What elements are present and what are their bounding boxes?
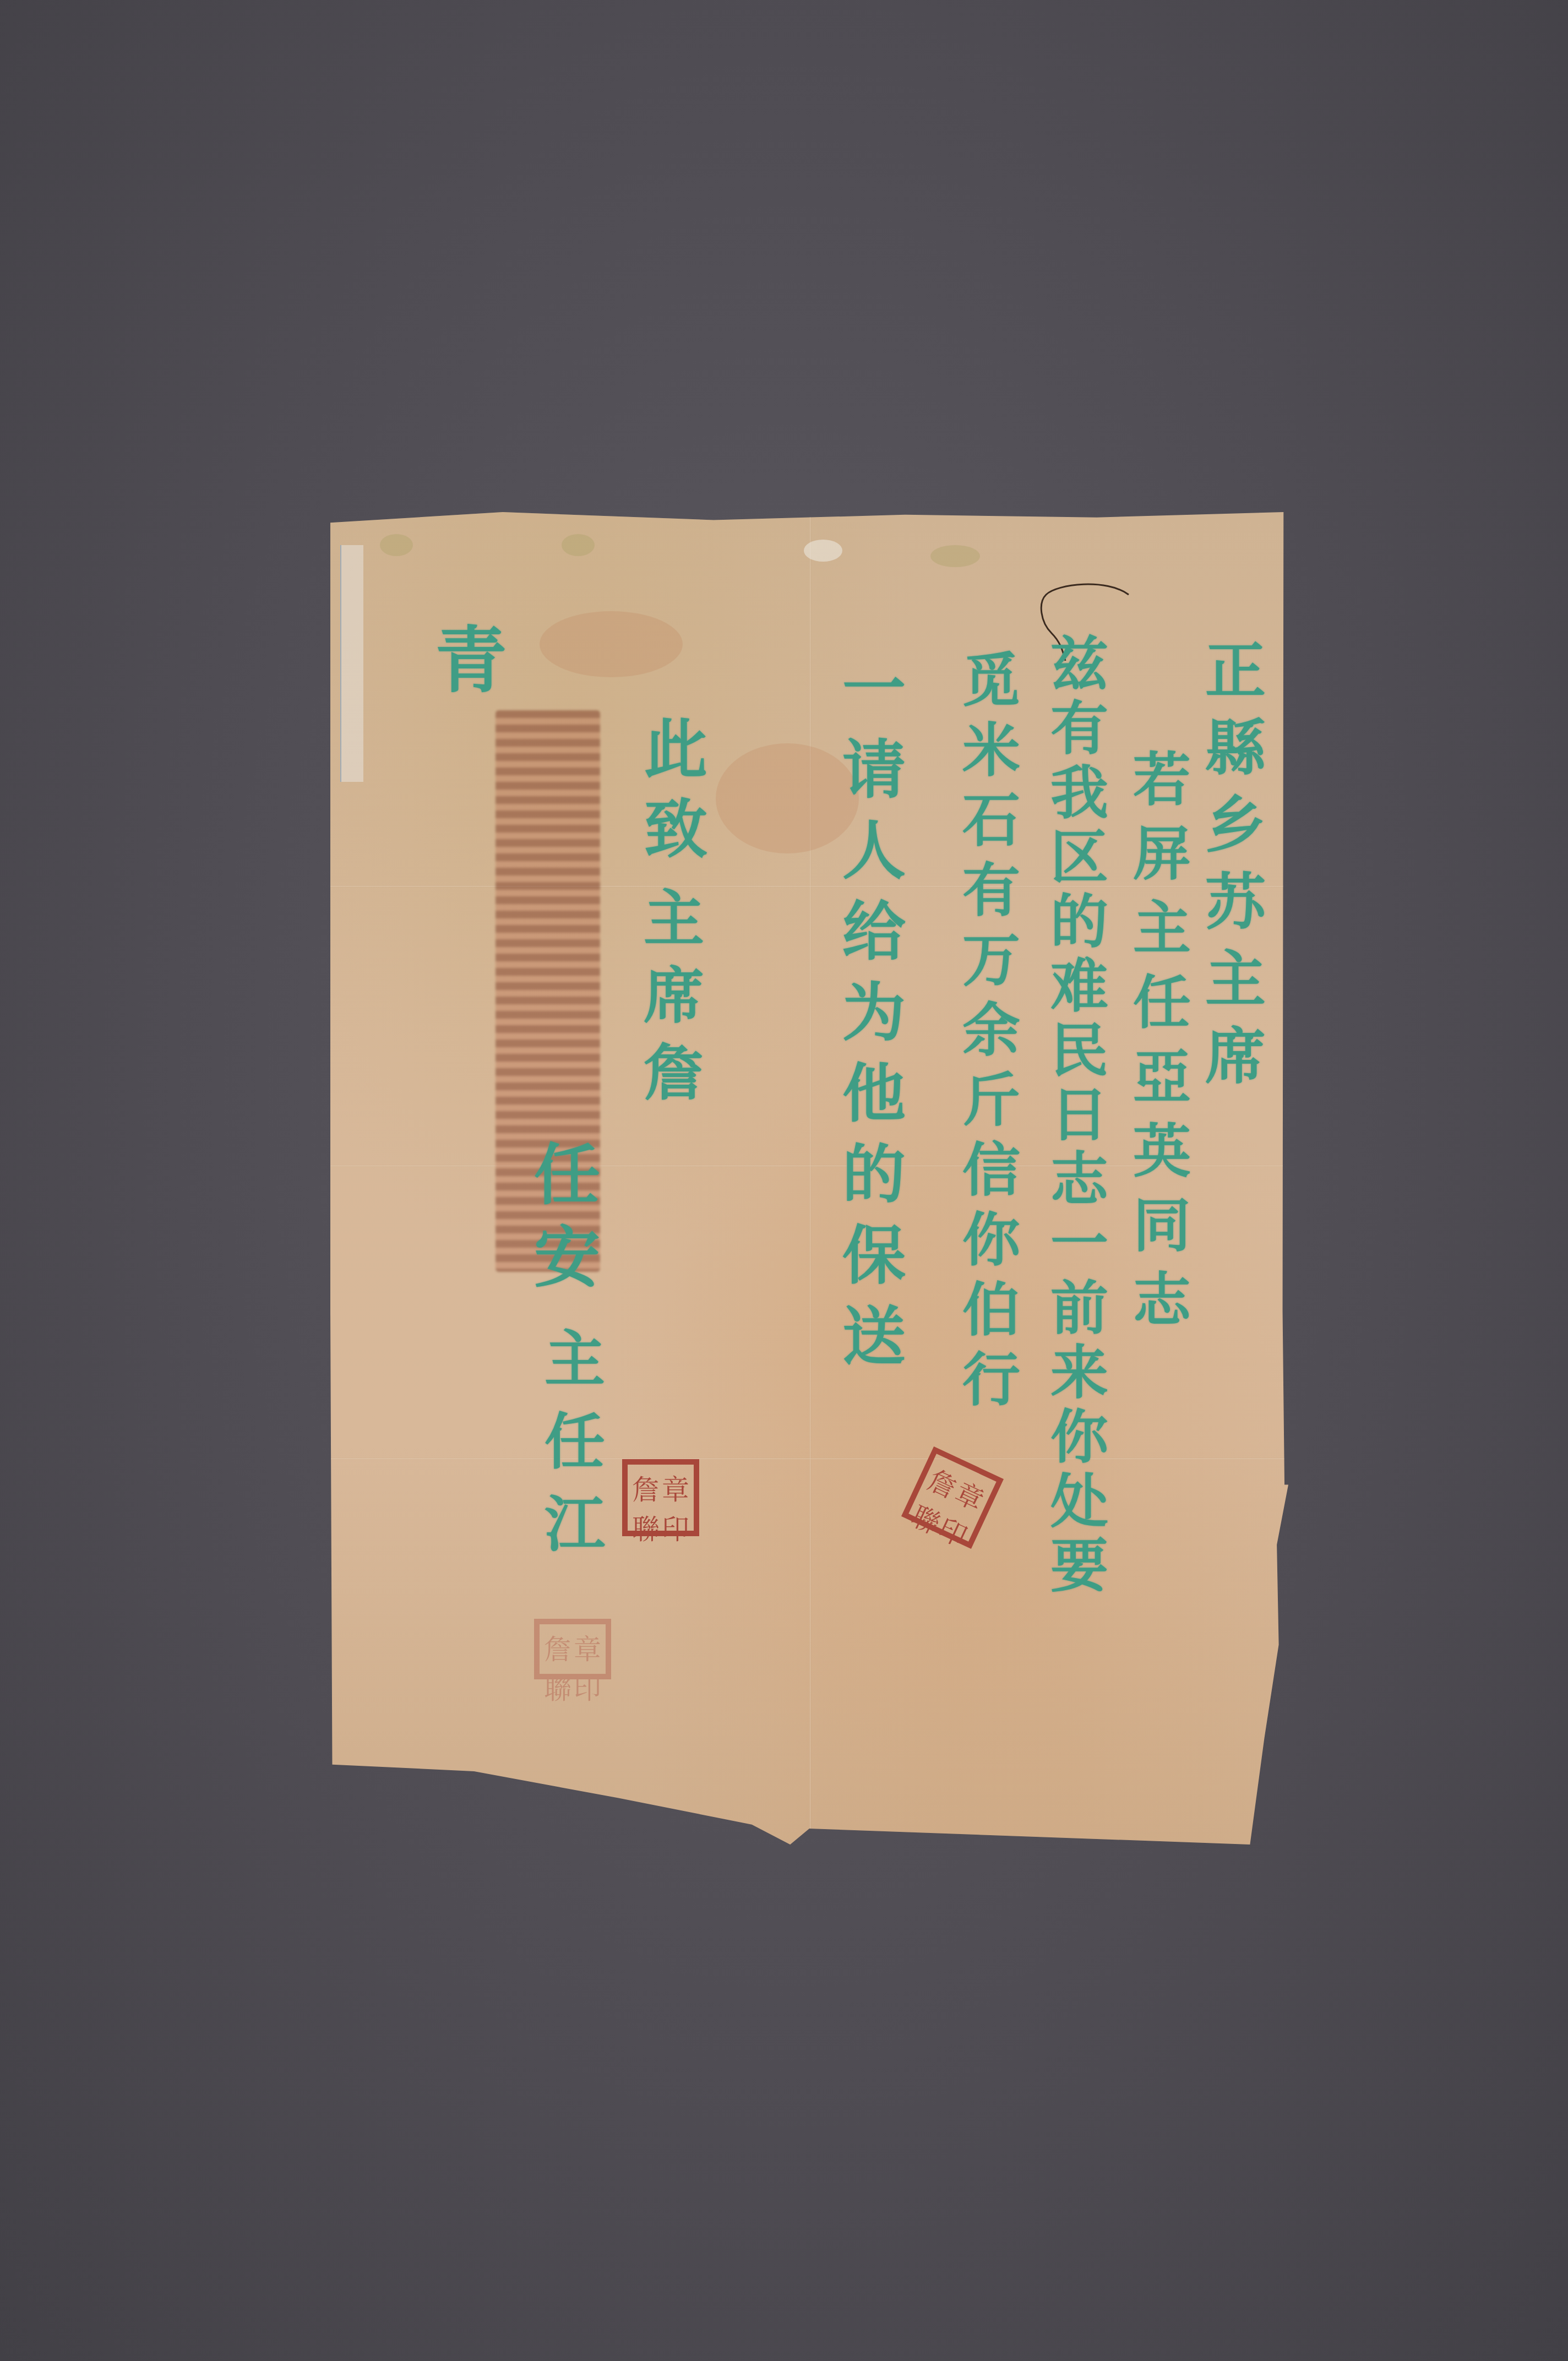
text-column-8: 任安 [529, 1140, 595, 1305]
seal-stamp-faded: 詹 章 聯 印 [534, 1619, 611, 1679]
seal-char: 聯 [543, 1667, 573, 1707]
text-column-6: 此致 [639, 716, 702, 875]
seal-char: 詹 [631, 1468, 661, 1508]
seal-stamp-rotated: 詹 章 聯 印 [901, 1446, 1004, 1549]
water-stain [930, 545, 980, 567]
rust-stain [540, 611, 683, 677]
seal-stamp-center: 詹 章 聯 印 [622, 1459, 699, 1536]
seal-char: 詹 [543, 1628, 573, 1667]
seal-char: 印 [573, 1667, 602, 1707]
text-column-9: 主任江 [540, 1327, 600, 1575]
seal-char: 章 [661, 1468, 690, 1508]
text-column-1: 正縣乡苏主席 [1200, 639, 1261, 1101]
text-column-5: 一请人给为他的保送 [837, 655, 900, 1384]
text-column-2: 若屏主任亞英同志 [1129, 749, 1186, 1343]
fold-vertical [809, 512, 811, 1845]
text-column-3: 兹有我区的难民日志一前来你处要 [1046, 633, 1104, 1600]
text-column-4: 觅米石有万余斤信你伯行 [958, 650, 1016, 1419]
document-paper: 正縣乡苏主席 若屏主任亞英同志 兹有我区的难民日志一前来你处要 觅米石有万余斤信… [330, 512, 1288, 1845]
water-stain [562, 534, 595, 556]
seal-char: 印 [661, 1508, 690, 1547]
tape-strip [340, 545, 363, 782]
fold-horizontal-3 [330, 1458, 1288, 1460]
seal-char: 章 [573, 1628, 602, 1667]
text-column-10: 青 [429, 622, 501, 710]
paper-tear-spot [804, 540, 842, 562]
text-column-7: 主席詹 [639, 886, 699, 1118]
water-stain [380, 534, 413, 556]
seal-char: 聯 [631, 1508, 661, 1547]
